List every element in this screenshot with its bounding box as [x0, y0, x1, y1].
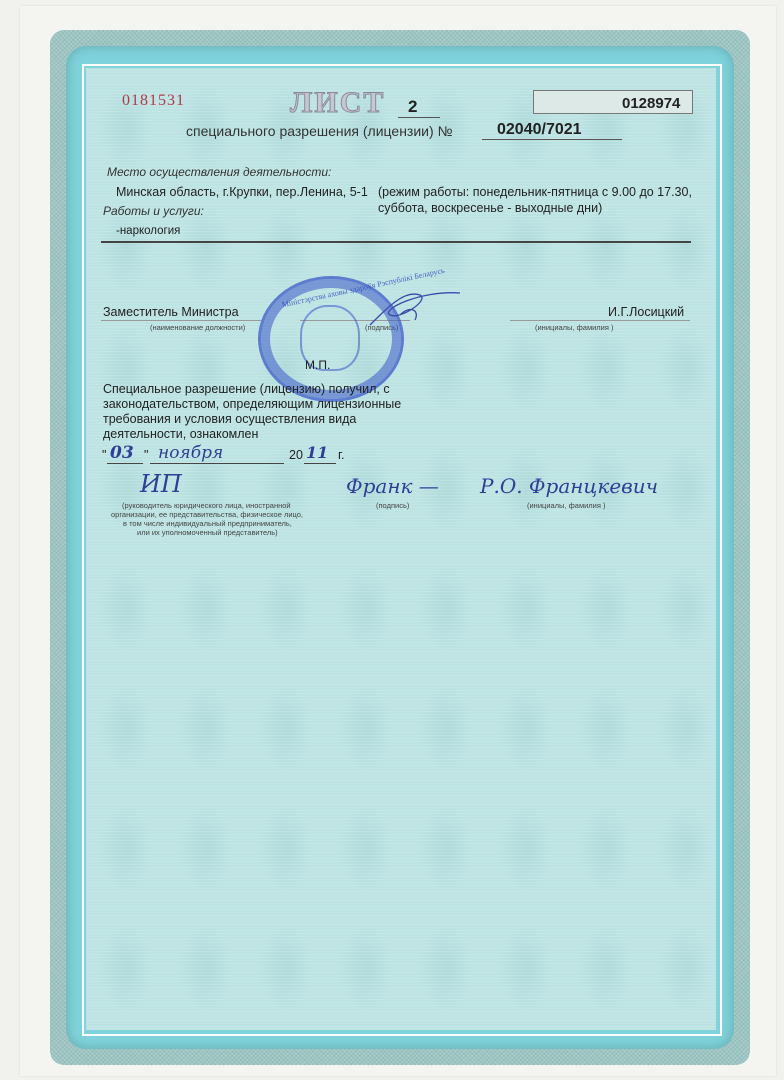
recipient-role-caption-1: (руководитель юридического лица, иностра…	[122, 501, 291, 510]
receipt-line2: законодательством, определяющим лицензио…	[103, 397, 401, 411]
receipt-line3: требования и условия осуществления вида	[103, 412, 356, 426]
receipt-line4: деятельности, ознакомлен	[103, 427, 258, 441]
issuer-position-caption: (наименование должности)	[150, 323, 245, 332]
working-hours-line2: суббота, воскресенье - выходные дни)	[378, 201, 602, 215]
serial-number: 0181531	[122, 92, 185, 110]
sheet-number: 2	[408, 97, 417, 117]
day-line	[107, 463, 143, 464]
year-suffix: 11	[306, 443, 328, 462]
form-number: 0128974	[622, 95, 680, 112]
sheet-title: ЛИСТ	[290, 88, 385, 118]
quote-open: "	[102, 448, 106, 462]
services-label: Работы и услуги:	[103, 204, 204, 218]
year-prefix: 20	[289, 448, 303, 462]
services-value: -наркология	[116, 225, 180, 237]
issuer-position: Заместитель Министра	[103, 305, 239, 319]
sheet-number-underline	[398, 117, 440, 118]
working-hours-line1: (режим работы: понедельник-пятница с 9.0…	[378, 185, 692, 199]
place-label: Место осуществления деятельности:	[107, 165, 331, 179]
issuer-name-line	[510, 320, 690, 321]
quote-close: "	[144, 448, 148, 462]
issuer-position-line	[101, 320, 261, 321]
receipt-month: ноября	[158, 443, 223, 463]
license-number: 02040/7021	[497, 121, 582, 139]
recipient-role-caption-2: организации, ее представительства, физич…	[111, 510, 303, 519]
recipient-name-caption: (инициалы, фамилия )	[527, 501, 606, 510]
recipient-role-caption-4: или их уполномоченный представитель)	[137, 528, 278, 537]
section-divider	[101, 241, 691, 243]
year-end: г.	[338, 448, 345, 462]
receipt-line1: Специальное разрешение (лицензию) получи…	[103, 382, 390, 396]
recipient-signature: Франк —	[346, 474, 439, 498]
issuer-name: И.Г.Лосицкий	[608, 305, 684, 319]
license-number-underline	[482, 139, 622, 140]
issuer-name-caption: (инициалы, фамилия )	[535, 323, 614, 332]
month-line	[150, 463, 284, 464]
recipient-signature-caption: (подпись)	[376, 501, 409, 510]
recipient-role-caption-3: в том числе индивидуальный предпринимате…	[123, 519, 292, 528]
recipient-name: Р.О. Францкевич	[480, 474, 658, 498]
mp-label: М.П.	[305, 358, 330, 372]
issuer-signature	[360, 285, 470, 335]
license-subtitle: специального разрешения (лицензии) №	[186, 123, 453, 139]
year-line	[304, 463, 336, 464]
recipient-role-handwritten: ИП	[140, 470, 182, 498]
receipt-day: 03	[110, 443, 134, 463]
address: Минская область, г.Крупки, пер.Ленина, 5…	[116, 185, 368, 199]
